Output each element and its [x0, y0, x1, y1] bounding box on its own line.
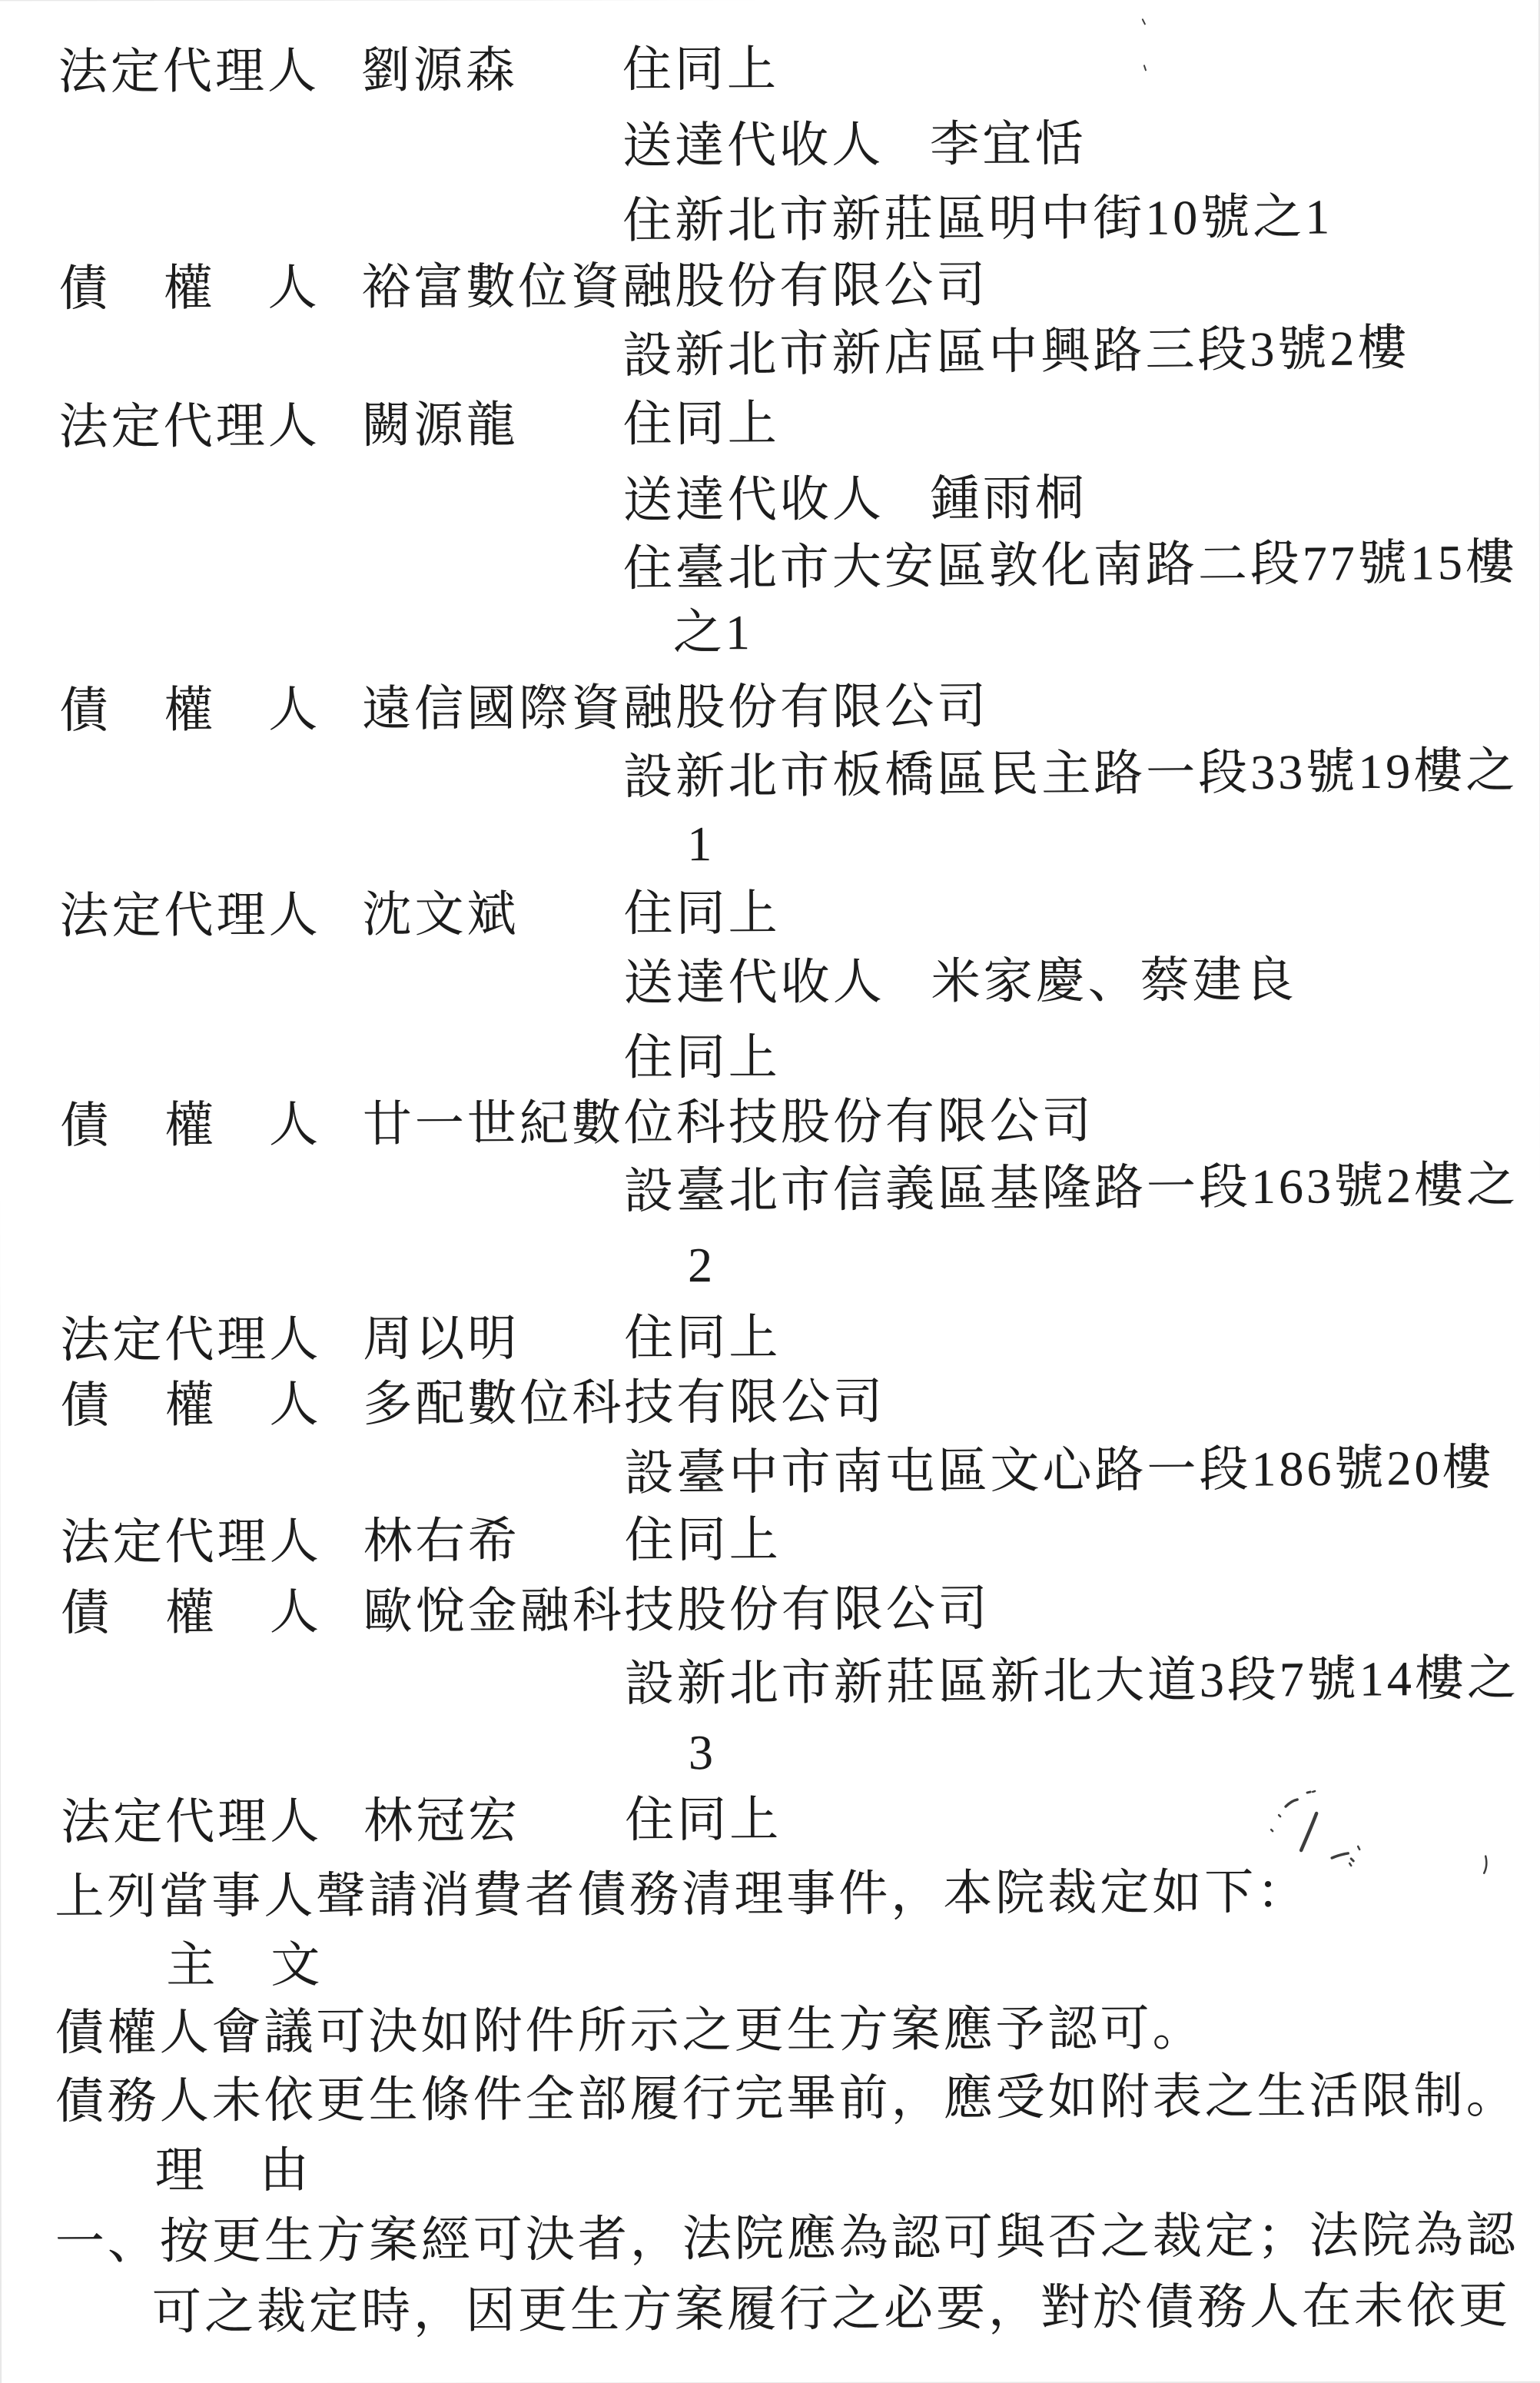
- address-continuation: 2: [688, 1238, 715, 1293]
- doc-line: 債權人會議可決如附件所示之更生方案應予認可。: [1, 1999, 1540, 2062]
- service-agent-name: 李宜恬: [930, 116, 1087, 172]
- address: 設臺中市南屯區文心路一段186號20樓: [624, 1441, 1494, 1502]
- company-name: 遠信國際資融股份有限公司: [362, 679, 989, 737]
- doc-line: 3: [1, 1724, 1540, 1783]
- company-name: 歐悅金融科技股份有限公司: [363, 1581, 991, 1640]
- doc-line: 理 由: [2, 2142, 1540, 2201]
- doc-line: 設新北市板橋區民主路一段33號19樓之: [0, 743, 1539, 811]
- service-agent-name: 鍾雨桐: [931, 470, 1087, 527]
- person-name: 劉源森: [361, 43, 518, 99]
- scanned-court-document-page: 法定代理人劉源森住同上送達代收人李宜恬住新北市新莊區明中街10號之1債 權 人裕…: [0, 0, 1540, 2383]
- service-agent-name: 米家慶、蔡建良: [931, 952, 1296, 1009]
- doc-line: 設臺北市信義區基隆路一段163號2樓之: [0, 1157, 1540, 1225]
- doc-line: 一、按更生方案經可決者，法院應為認可與否之裁定；法院為認: [2, 2208, 1540, 2272]
- doc-line: 設新北市新莊區新北大道3段7號14樓之: [1, 1650, 1540, 1717]
- pen-mark: [1332, 1853, 1348, 1858]
- doc-line: 送達代收人米家慶、蔡建良: [0, 952, 1540, 1016]
- section-heading: 主 文: [166, 1938, 323, 1993]
- section-heading: 理 由: [155, 2143, 312, 2199]
- company-name: 裕富數位資融股份有限公司: [361, 258, 988, 315]
- doc-line: 債 權 人歐悅金融科技股份有限公司: [1, 1579, 1540, 1644]
- address: 設新北市新店區中興路三段3號2樓: [622, 321, 1410, 384]
- doc-line: 設臺中市南屯區文心路一段186號20樓: [0, 1440, 1540, 1507]
- doc-line: 可之裁定時，因更生方案履行之必要，對於債務人在未依更: [2, 2278, 1540, 2343]
- body-text: 上列當事人聲請消費者債務清理事件，本院裁定如下：: [55, 1865, 1309, 1926]
- doc-line: 設新北市新店區中興路三段3號2樓: [0, 319, 1539, 391]
- address-continuation: 1: [687, 816, 715, 872]
- doc-line: 2: [0, 1237, 1540, 1296]
- service-agent-label: 送達代收人: [623, 955, 885, 1012]
- doc-line: 債 權 人遠信國際資融股份有限公司: [0, 676, 1539, 741]
- address: 設新北市新莊區新北大道3段7號14樓之: [625, 1650, 1519, 1712]
- party-role-label: 法定代理人: [59, 888, 320, 944]
- body-text: 一、按更生方案經可決者，法院應為認可與否之裁定；法院為認: [55, 2208, 1518, 2270]
- pen-mark: [1351, 1859, 1353, 1861]
- party-role-label: 法定代理人: [61, 1794, 322, 1850]
- person-name: 周以明: [363, 1311, 519, 1368]
- party-role-label: 法定代理人: [58, 398, 320, 455]
- doc-line: 債 權 人廿一世紀數位科技股份有限公司: [0, 1092, 1540, 1156]
- doc-line: 住同上: [0, 1029, 1540, 1088]
- party-role-label: 債 權 人: [61, 1584, 322, 1641]
- body-text: 債務人未依更生條件全部履行完畢前，應受如附表之生活限制。: [55, 2068, 1518, 2129]
- document-text-block: 法定代理人劉源森住同上送達代收人李宜恬住新北市新莊區明中街10號之1債 權 人裕…: [0, 0, 1538, 1]
- doc-line: 住新北市新莊區明中街10號之1: [0, 188, 1538, 254]
- doc-line: 債務人未依更生條件全部履行完畢前，應受如附表之生活限制。: [2, 2068, 1540, 2131]
- party-role-label: 債 權 人: [59, 682, 320, 739]
- doc-line: 主 文: [1, 1936, 1540, 1996]
- doc-line: 法定代理人周以明住同上: [0, 1307, 1540, 1370]
- doc-line: 之1: [0, 604, 1539, 663]
- body-text: 可之裁定時，因更生方案履行之必要，對於債務人在未依更: [152, 2278, 1511, 2341]
- doc-line: 送達代收人鍾雨桐: [0, 469, 1539, 533]
- doc-line: 債 權 人裕富數位資融股份有限公司: [0, 255, 1538, 318]
- person-name: 林冠宏: [363, 1793, 520, 1850]
- party-role-label: 法定代理人: [58, 44, 320, 100]
- company-name: 多配數位科技有限公司: [363, 1374, 885, 1432]
- address: 住新北市新莊區明中街10號之1: [622, 189, 1333, 248]
- body-text: 債權人會議可決如附件所示之更生方案應予認可。: [55, 2001, 1204, 2061]
- party-role-label: 法定代理人: [60, 1312, 321, 1368]
- address: 設臺北市信義區基隆路一段163號2樓之: [624, 1158, 1519, 1220]
- service-agent-label: 送達代收人: [622, 118, 884, 174]
- address-continuation: 之1: [673, 605, 753, 660]
- service-agent-label: 送達代收人: [623, 472, 885, 529]
- doc-line: 法定代理人林冠宏住同上: [1, 1789, 1540, 1852]
- address: 住臺北市大安區敦化南路二段77號15樓: [623, 535, 1518, 597]
- person-name: 沈文斌: [362, 887, 519, 943]
- party-role-label: 債 權 人: [58, 261, 320, 317]
- residence-note: 住同上: [625, 1792, 782, 1848]
- address: 設新北市板橋區民主路一段33號19樓之: [623, 743, 1518, 806]
- doc-line: 住臺北市大安區敦化南路二段77號15樓: [0, 534, 1539, 603]
- doc-line: 1: [0, 816, 1539, 875]
- residence-note: 住同上: [622, 42, 779, 98]
- doc-line: 法定代理人闕源龍住同上: [0, 393, 1539, 457]
- residence-note: 住同上: [624, 1512, 781, 1568]
- doc-line: 法定代理人沈文斌住同上: [0, 882, 1540, 946]
- address-continuation: 3: [689, 1725, 716, 1780]
- company-name: 廿一世紀數位科技股份有限公司: [363, 1093, 1094, 1152]
- doc-line: 債 權 人多配數位科技有限公司: [0, 1371, 1540, 1436]
- pen-mark: [1358, 1846, 1359, 1850]
- party-role-label: 債 權 人: [60, 1097, 321, 1154]
- doc-line: 法定代理人林右希住同上: [0, 1509, 1540, 1572]
- person-name: 闕源龍: [361, 397, 518, 454]
- pen-mark: [1143, 19, 1145, 24]
- person-name: 林右希: [363, 1514, 519, 1570]
- residence-note: 住同上: [624, 1310, 781, 1366]
- residence-note: 住同上: [623, 886, 780, 942]
- doc-line: 上列當事人聲請消費者債務清理事件，本院裁定如下：: [1, 1863, 1540, 1926]
- residence-note: 住同上: [624, 1030, 781, 1085]
- party-role-label: 法定代理人: [60, 1514, 321, 1570]
- party-role-label: 債 權 人: [60, 1377, 321, 1434]
- doc-line: 法定代理人劉源森住同上: [0, 38, 1538, 101]
- doc-line: 送達代收人李宜恬: [0, 115, 1538, 179]
- residence-note: 住同上: [622, 396, 779, 452]
